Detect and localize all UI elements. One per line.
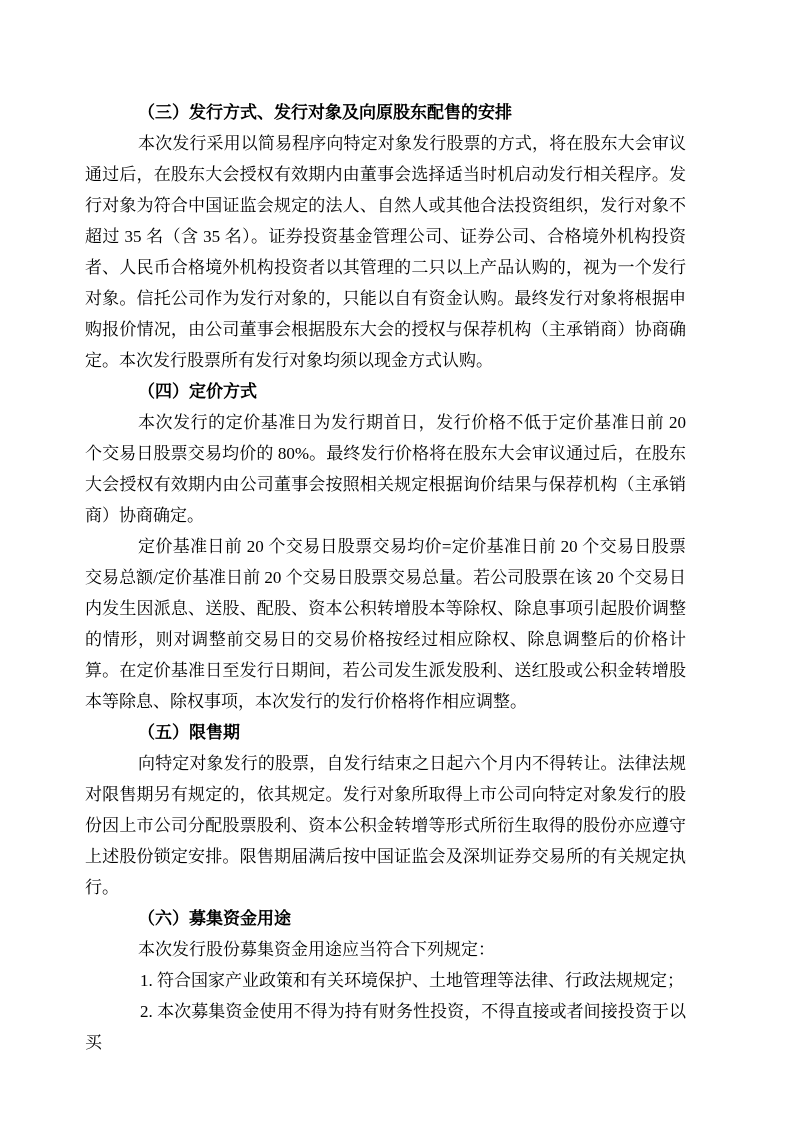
section-heading-pricing-method: （四）定价方式 [85,376,686,407]
section-heading-use-of-proceeds: （六）募集资金用途 [85,903,686,934]
list-item-proceeds-rule-1: 1. 符合国家产业政策和有关环境保护、土地管理等法律、行政法规规定； [85,965,686,996]
paragraph-pricing-base: 本次发行的定价基准日为发行期首日，发行价格不低于定价基准日前 20 个交易日股票… [85,407,686,531]
list-item-proceeds-rule-2: 2. 本次募集资金使用不得为持有财务性投资，不得直接或者间接投资于以买 [85,996,686,1058]
paragraph-issuance-method: 本次发行采用以简易程序向特定对象发行股票的方式，将在股东大会审议通过后，在股东大… [85,128,686,376]
paragraph-pricing-formula: 定价基准日前 20 个交易日股票交易均价=定价基准日前 20 个交易日股票交易总… [85,531,686,717]
section-heading-issuance-method: （三）发行方式、发行对象及向原股东配售的安排 [85,97,686,128]
paragraph-proceeds-intro: 本次发行股份募集资金用途应当符合下列规定： [85,934,686,965]
document-page: （三）发行方式、发行对象及向原股东配售的安排 本次发行采用以简易程序向特定对象发… [0,0,794,1122]
section-heading-lockup-period: （五）限售期 [85,717,686,748]
document-content: （三）发行方式、发行对象及向原股东配售的安排 本次发行采用以简易程序向特定对象发… [85,97,686,1058]
paragraph-lockup-period: 向特定对象发行的股票，自发行结束之日起六个月内不得转让。法律法规对限售期另有规定… [85,748,686,903]
